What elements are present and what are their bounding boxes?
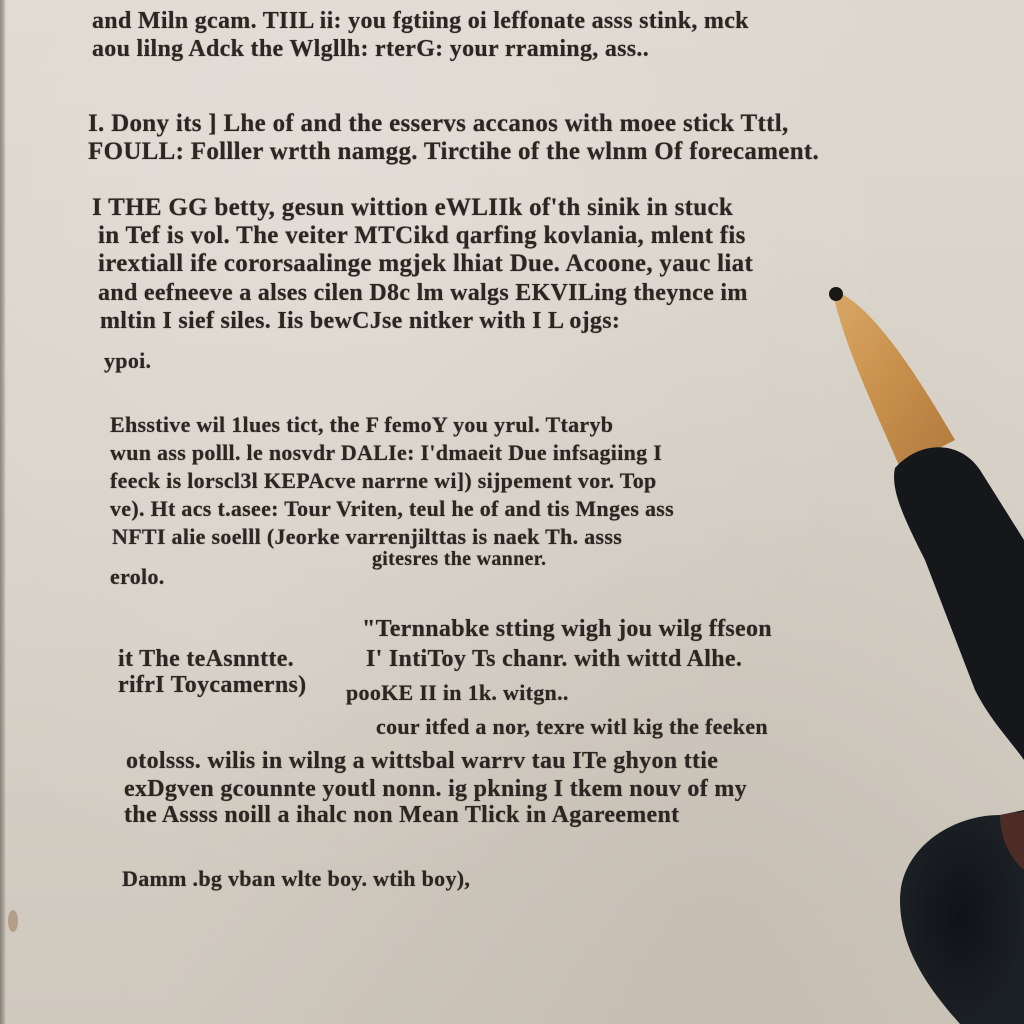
text-line: erolo.: [110, 564, 165, 590]
text-line: otolsss. wilis in wilng a wittsbal warrv…: [126, 748, 718, 775]
page-edge-shadow: [0, 0, 6, 1024]
text-line: and Miln gcam. TIIL ii: you fgtiing oi l…: [92, 8, 749, 35]
paper-stain: [8, 910, 18, 932]
text-line: mltin I sief siles. Iis bewCJse nitker w…: [100, 308, 620, 335]
text-line: gitesres the wanner.: [372, 548, 546, 571]
text-line: I' IntiToy Ts chanr. with wittd Alhe.: [366, 646, 742, 673]
text-line: and eefneeve a alses cilen D8c lm walgs …: [98, 280, 748, 307]
text-line: feeck is lorscl3l KEPAcve narrne wi]) si…: [110, 468, 657, 494]
text-line: Ehsstive wil 1lues tict, the F femoY you…: [110, 412, 613, 438]
text-line: pooKE II in 1k. witgn..: [346, 680, 569, 706]
text-line: ypoi.: [104, 348, 151, 374]
text-line: in Tef is vol. The veiter MTCikd qarfing…: [98, 222, 746, 250]
text-line: aou lilng Adck the Wlgllh: rterG: your r…: [92, 36, 649, 63]
text-line: it The teAsnntte.: [118, 646, 294, 673]
text-line: "Ternnabke stting wigh jou wilg ffseon: [362, 616, 772, 643]
text-line: rifrI Toycamerns): [118, 672, 306, 699]
text-line: I. Dony its ] Lhe of and the esservs acc…: [88, 110, 789, 138]
text-line: ve). Ht acs t.asee: Tour Vriten, teul he…: [110, 496, 674, 522]
text-line: I THE GG betty, gesun wittion eWLIIk of'…: [92, 194, 733, 222]
text-line: cour itfed a nor, texre witl kig the fee…: [376, 714, 768, 740]
text-line: exDgven gcounnte youtl nonn. ig pkning I…: [124, 776, 747, 803]
text-line: wun ass polll. le nosvdr DALIe: I'dmaeit…: [110, 440, 662, 466]
typewritten-page: and Miln gcam. TIIL ii: you fgtiing oi l…: [0, 0, 1024, 1024]
text-line: irextiall ife cororsaalinge mgjek lhiat …: [98, 250, 753, 278]
text-line: Damm .bg vban wlte boy. wtih boy),: [122, 866, 470, 892]
text-line: the Assss noill a ihalc non Mean Tlick i…: [124, 802, 679, 829]
text-line: FOULL: Folller wrtth namgg. Tirctihe of …: [88, 138, 819, 166]
text-line: NFTI alie soelll (Jeorke varrenjilttas i…: [112, 524, 622, 550]
